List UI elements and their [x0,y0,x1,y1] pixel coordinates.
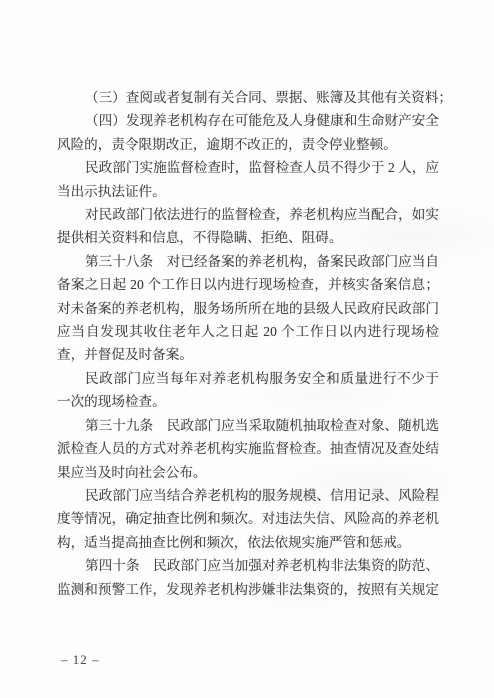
document-text-line: 构，适当提高抽查比例和频次，依法依规实施严管和惩戒。 [57,531,439,554]
document-text-line: 当出示执法证件。 [57,180,439,203]
document-text-line: 民政部门应当每年对养老机构服务安全和质量进行不少于 [57,367,439,390]
document-text-line: 派检查人员的方式对养老机构实施监督检查。抽查情况及查处结 [57,437,439,460]
document-text-line: 第四十条 民政部门应当加强对养老机构非法集资的防范、 [57,554,439,577]
document-text-line: （四）发现养老机构存在可能危及人身健康和生命财产安全 [57,109,439,132]
document-text-line: 对民政部门依法进行的监督检查，养老机构应当配合，如实 [57,203,439,226]
document-text-line: 风险的，责令限期改正，逾期不改正的，责令停业整顿。 [57,133,439,156]
document-text-line: 第三十八条 对已经备案的养老机构，备案民政部门应当自 [57,250,439,273]
scanned-document-page: （三）查阅或者复制有关合同、票据、账簿及其他有关资料；（四）发现养老机构存在可能… [0,0,494,698]
document-text-line: 监测和预警工作，发现养老机构涉嫌非法集资的，按照有关规定 [57,578,439,601]
document-text-line: 提供相关资料和信息，不得隐瞒、拒绝、阻碍。 [57,226,439,249]
document-text-line: 对未备案的养老机构，服务场所所在地的县级人民政府民政部门 [57,297,439,320]
document-text-line: 第三十九条 民政部门应当采取随机抽取检查对象、随机选 [57,414,439,437]
document-text-line: 查，并督促及时备案。 [57,343,439,366]
document-text-line: 民政部门应当结合养老机构的服务规模、信用记录、风险程 [57,484,439,507]
document-text-line: 果应当及时向社会公布。 [57,461,439,484]
document-text-line: 备案之日起 20 个工作日以内进行现场检查，并核实备案信息； [57,273,439,296]
document-text-line: （三）查阅或者复制有关合同、票据、账簿及其他有关资料； [57,86,439,109]
document-text-line: 度等情况，确定抽查比例和频次。对违法失信、风险高的养老机 [57,507,439,530]
document-text-line: 民政部门实施监督检查时，监督检查人员不得少于 2 人，应 [57,156,439,179]
document-text-block: （三）查阅或者复制有关合同、票据、账簿及其他有关资料；（四）发现养老机构存在可能… [57,86,439,601]
document-text-line: 应当自发现其收住老年人之日起 20 个工作日以内进行现场检 [57,320,439,343]
page-number: – 12 – [61,652,100,668]
document-text-line: 一次的现场检查。 [57,390,439,413]
